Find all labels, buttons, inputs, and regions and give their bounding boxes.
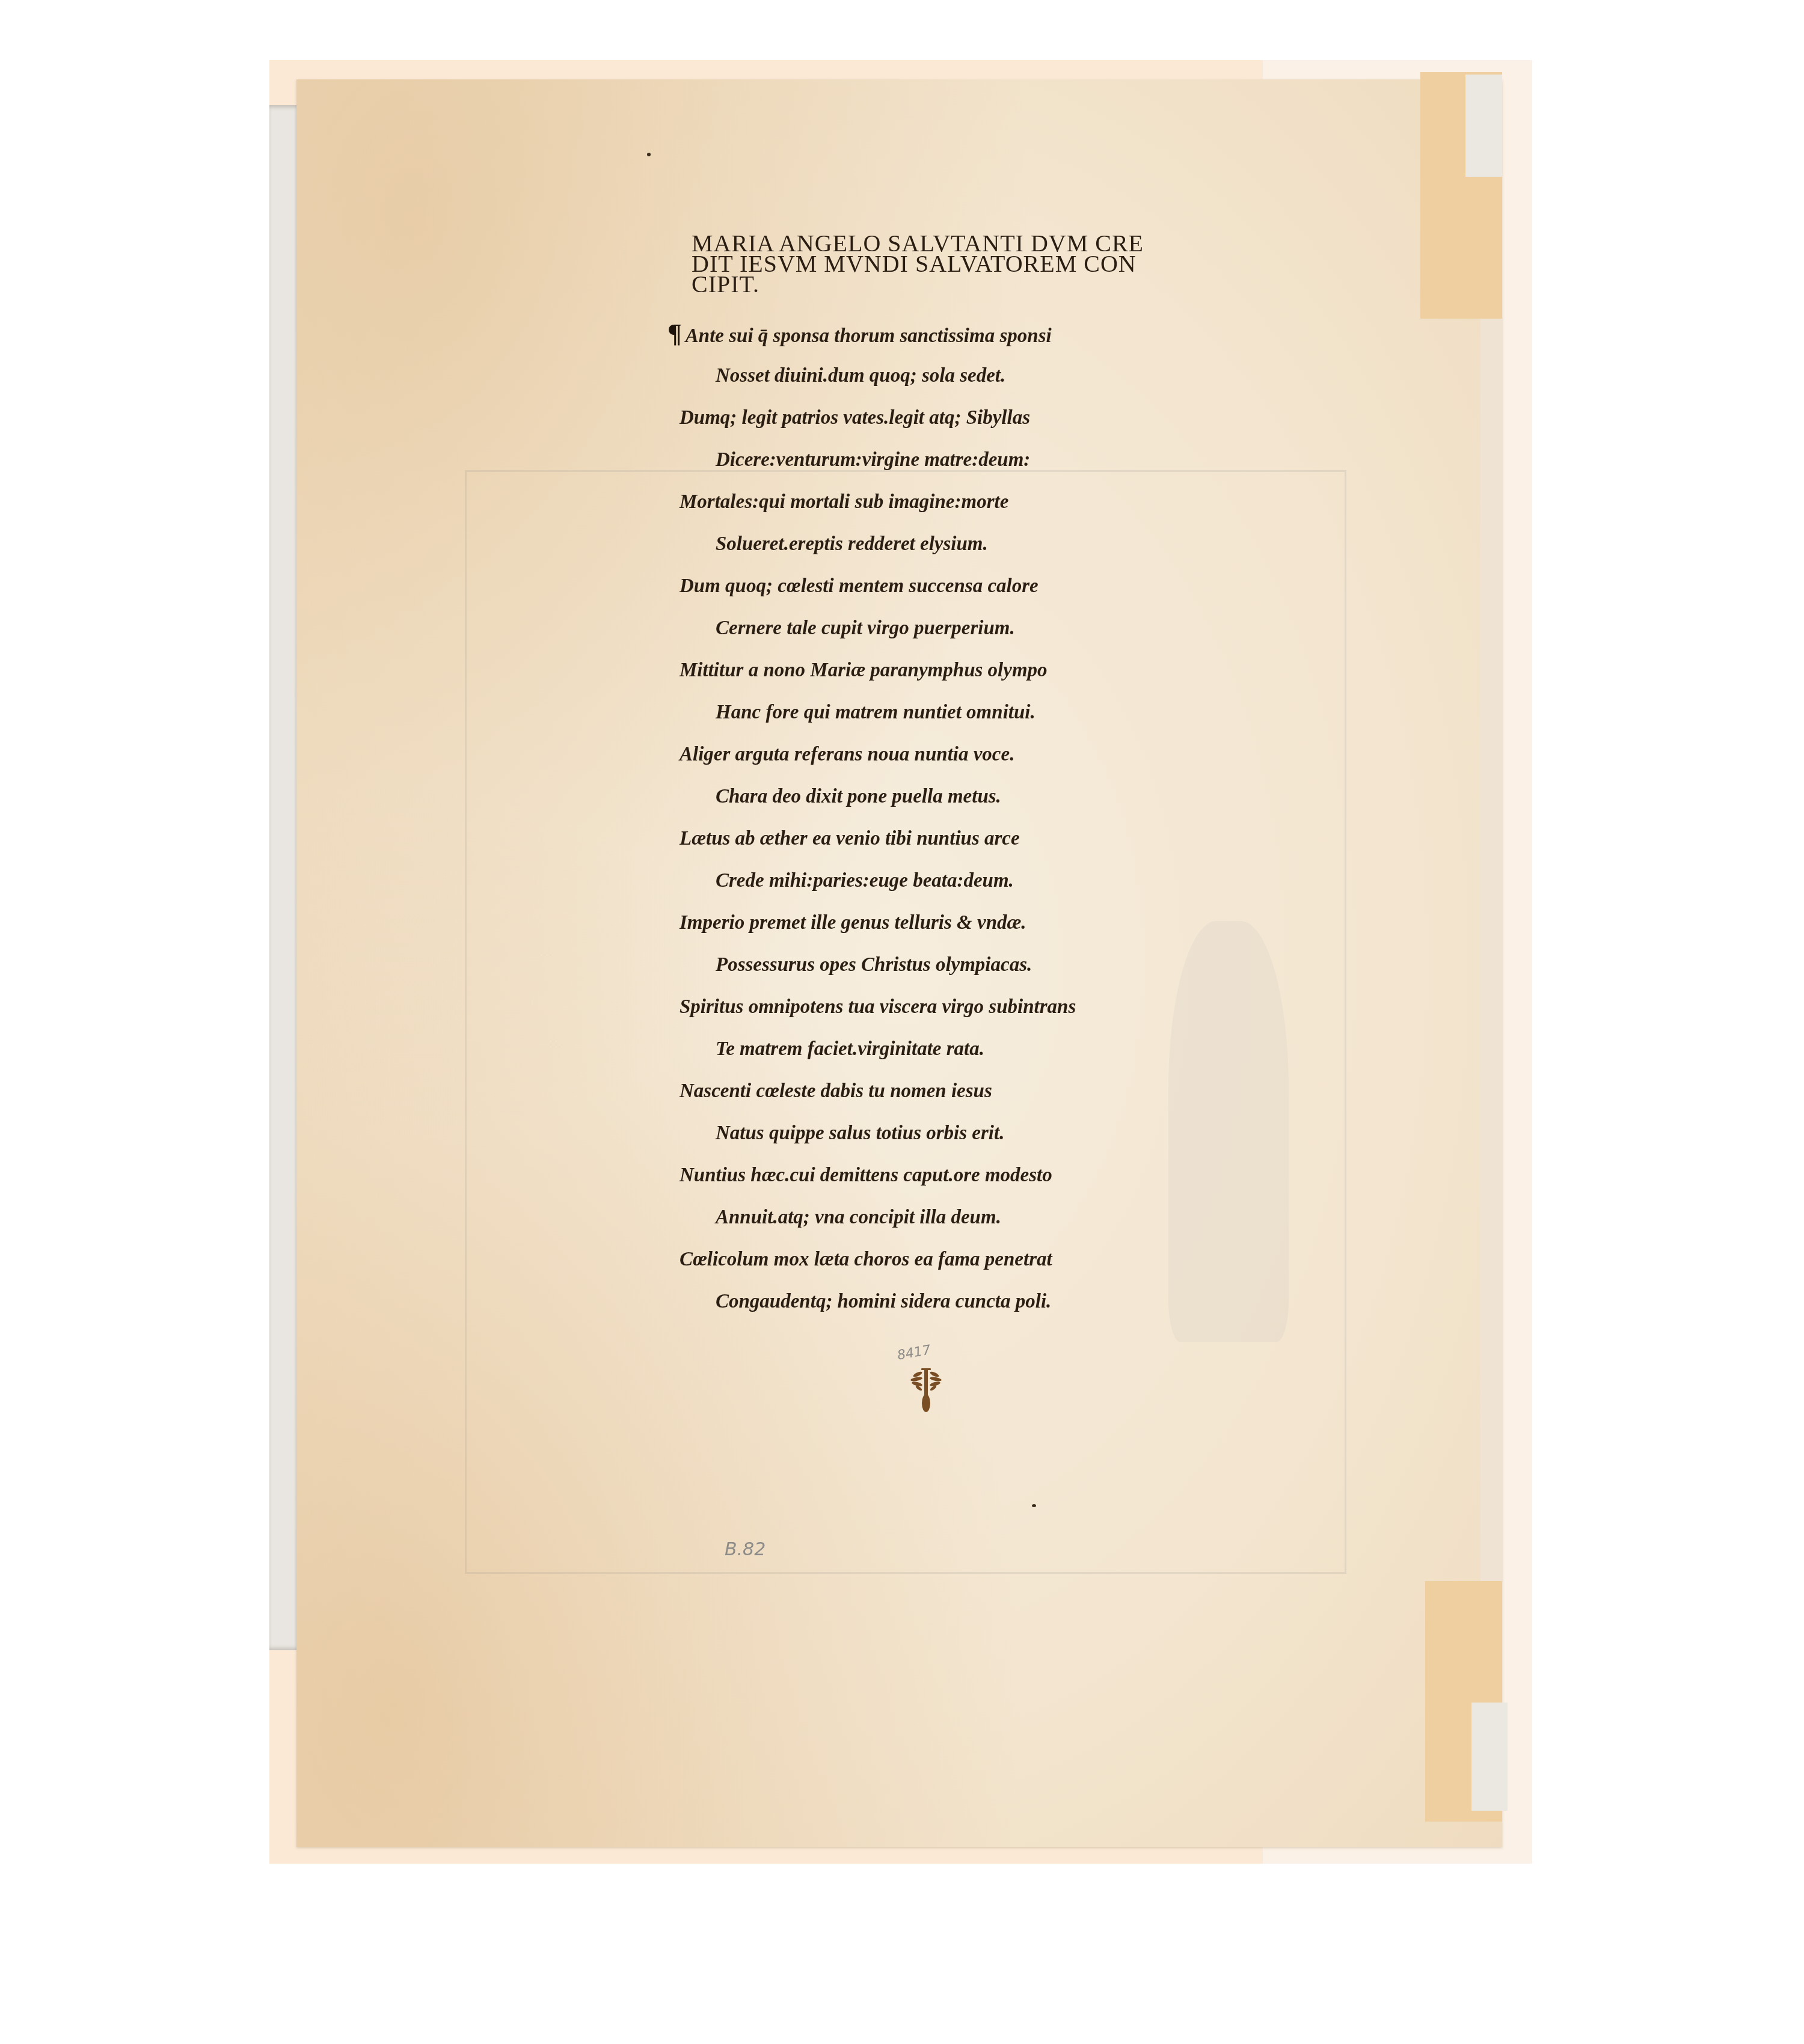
verse-line: Congaudentq; homini sidera cuncta poli.	[667, 1281, 1149, 1323]
verse-line: Mittitur a nono Mariæ paranymphus olympo	[667, 649, 1149, 691]
verse-line: Dumq; legit patrios vates.legit atq; Sib…	[667, 397, 1149, 439]
verse-line: Cernere tale cupit virgo puerperium.	[667, 607, 1149, 649]
paragraph-mark-icon: ¶	[667, 313, 682, 355]
heading-line: DIT IESVM MVNDI SALVATOREM CON	[692, 254, 1149, 274]
verse-line: Dum quoq; cœlesti mentem succensa calore	[667, 565, 1149, 607]
verse-line: Nascenti cœleste dabis tu nomen iesus	[667, 1070, 1149, 1112]
poem-text-block: MARIA ANGELO SALVTANTI DVM CRE DIT IESVM…	[667, 233, 1149, 1323]
verse-line: Annuit.atq; vna concipit illa deum.	[667, 1196, 1149, 1238]
verse-line: Mortales:qui mortali sub imagine:morte	[667, 481, 1149, 523]
woodcut-showthrough-figure	[1168, 921, 1289, 1342]
verse-list: ¶Ante sui q̄ sponsa thorum sanctissima s…	[667, 313, 1149, 1323]
heading-line: CIPIT.	[692, 274, 1149, 295]
poem-heading: MARIA ANGELO SALVTANTI DVM CRE DIT IESVM…	[692, 233, 1149, 295]
verse-line: Natus quippe salus totius orbis erit.	[667, 1112, 1149, 1154]
printers-mark-icon	[908, 1365, 944, 1413]
hinge-tissue-bottom	[1471, 1703, 1508, 1811]
verse-line: Cœlicolum mox læta choros ea fama penetr…	[667, 1238, 1149, 1281]
verse-line: Aliger arguta referans noua nuntia voce.	[667, 733, 1149, 776]
ink-speck	[647, 153, 651, 156]
verse-line: Hanc fore qui matrem nuntiet omnitui.	[667, 691, 1149, 733]
verse-line: Dicere:venturum:virgine matre:deum:	[667, 439, 1149, 481]
verse-line: Spiritus omnipotens tua viscera virgo su…	[667, 986, 1149, 1028]
verse-line: Imperio premet ille genus telluris & vnd…	[667, 902, 1149, 944]
hinge-tissue-top	[1465, 75, 1502, 177]
verse-line: Te matrem faciet.virginitate rata.	[667, 1028, 1149, 1070]
ink-speck	[1032, 1504, 1036, 1507]
verse-line: Nuntius hæc.cui demittens caput.ore mode…	[667, 1154, 1149, 1196]
verse-line: Crede mihi:paries:euge beata:deum.	[667, 860, 1149, 902]
mount-left-strip	[269, 105, 296, 1650]
verse-line: Possessurus opes Christus olympiacas.	[667, 944, 1149, 986]
verse-line: Solueret.ereptis redderet elysium.	[667, 523, 1149, 565]
pencil-note-shelfmark: B.82	[725, 1539, 765, 1560]
verse-line: Nosset diuini.dum quoq; sola sedet.	[667, 355, 1149, 397]
hinge-tissue-edge	[1480, 319, 1502, 1587]
verse-line: Lætus ab æther ea venio tibi nuntius arc…	[667, 818, 1149, 860]
verse-line: Chara deo dixit pone puella metus.	[667, 776, 1149, 818]
verse-line: ¶Ante sui q̄ sponsa thorum sanctissima s…	[667, 313, 1149, 355]
